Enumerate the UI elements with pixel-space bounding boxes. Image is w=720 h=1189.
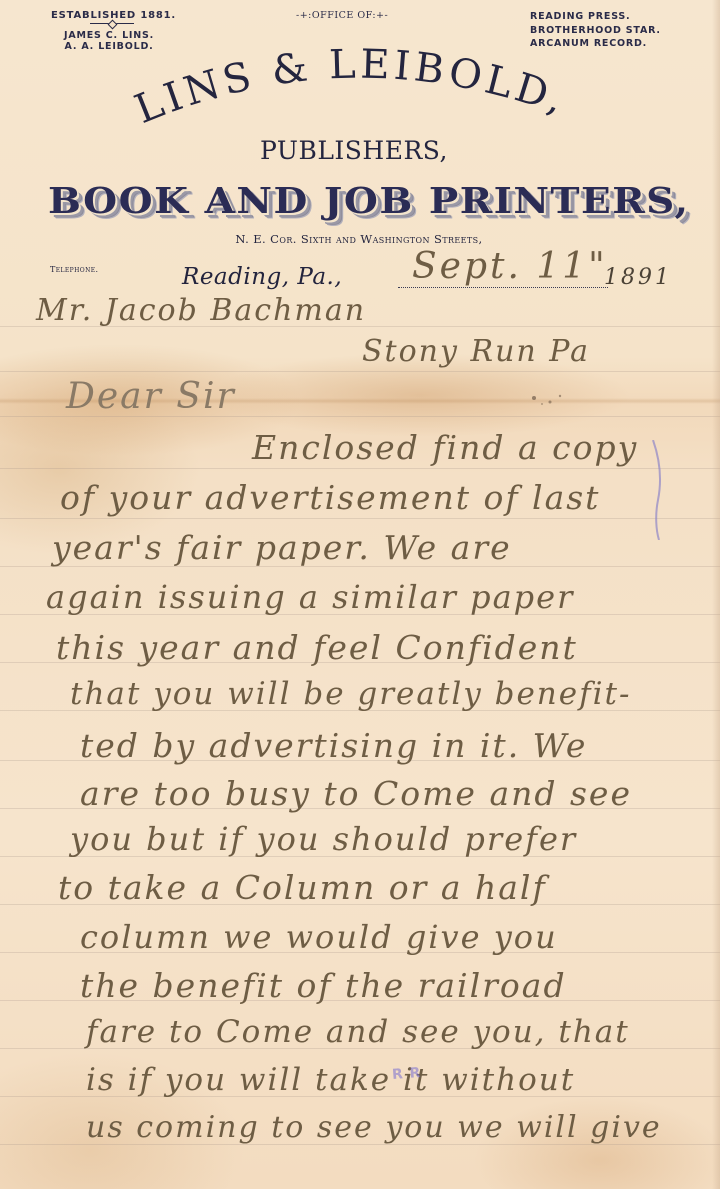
publication-item: READING PRESS.: [530, 10, 661, 24]
ruled-line: [0, 518, 720, 519]
body-line: to take a Column or a half: [58, 868, 547, 907]
body-line: are too busy to Come and see: [80, 774, 632, 813]
date-dotted-line: [398, 287, 608, 288]
body-line: the benefit of the railroad: [80, 966, 567, 1005]
firm-name: LINS & LEIBOLD,: [132, 44, 592, 134]
body-line: again issuing a similar paper: [46, 578, 574, 616]
partner-name: JAMES C. LINS.: [64, 30, 154, 41]
trade-heading: BOOK AND JOB PRINTERS,: [48, 180, 690, 222]
recipient-name: Mr. Jacob Bachman: [36, 293, 366, 328]
telephone-label: Telephone.: [50, 265, 98, 274]
paper-edge: [712, 0, 720, 1189]
body-line: that you will be greatly benefit-: [70, 676, 631, 712]
ruled-line: [0, 371, 720, 372]
place-script: Reading, Pa.,: [182, 264, 342, 290]
foxing-spots-icon: [520, 390, 580, 410]
stamp-overlay: R R: [391, 1065, 421, 1083]
body-line: this year and feel Confident: [56, 628, 578, 667]
salutation: Dear Sir: [66, 376, 236, 417]
pencil-mark-icon: [650, 440, 664, 540]
body-line: column we would give you: [80, 918, 558, 956]
recipient-location: Stony Run Pa: [362, 334, 590, 369]
body-line: us coming to see you we will give: [86, 1110, 662, 1145]
body-line: of your advertisement of last: [60, 478, 600, 517]
body-line: ted by advertising in it. We: [80, 726, 587, 765]
ornament-divider-icon: [90, 21, 134, 27]
office-of-label: -+:OFFICE OF:+-: [296, 10, 388, 21]
firm-name-text: LINS & LEIBOLD,: [129, 41, 574, 133]
address-line: N. E. Cor. Sixth and Washington Streets,: [0, 232, 720, 246]
body-line: Enclosed find a copy: [252, 428, 638, 467]
publication-item: BROTHERHOOD STAR.: [530, 24, 661, 38]
body-line: fare to Come and see you, that: [86, 1014, 630, 1050]
svg-text:LINS & LEIBOLD,: LINS & LEIBOLD,: [129, 41, 574, 133]
body-line: year's fair paper. We are: [52, 528, 512, 567]
year: 1891: [604, 265, 672, 290]
letter-page: ESTABLISHED 1881. JAMES C. LINS. A. A. L…: [0, 0, 720, 1189]
publishers-heading: PUBLISHERS,: [0, 136, 720, 165]
handwritten-date: Sept. 11": [412, 246, 608, 287]
body-line: is if you will take it without: [86, 1062, 575, 1098]
ruled-line: [0, 468, 720, 469]
body-line: you but if you should prefer: [70, 820, 577, 858]
